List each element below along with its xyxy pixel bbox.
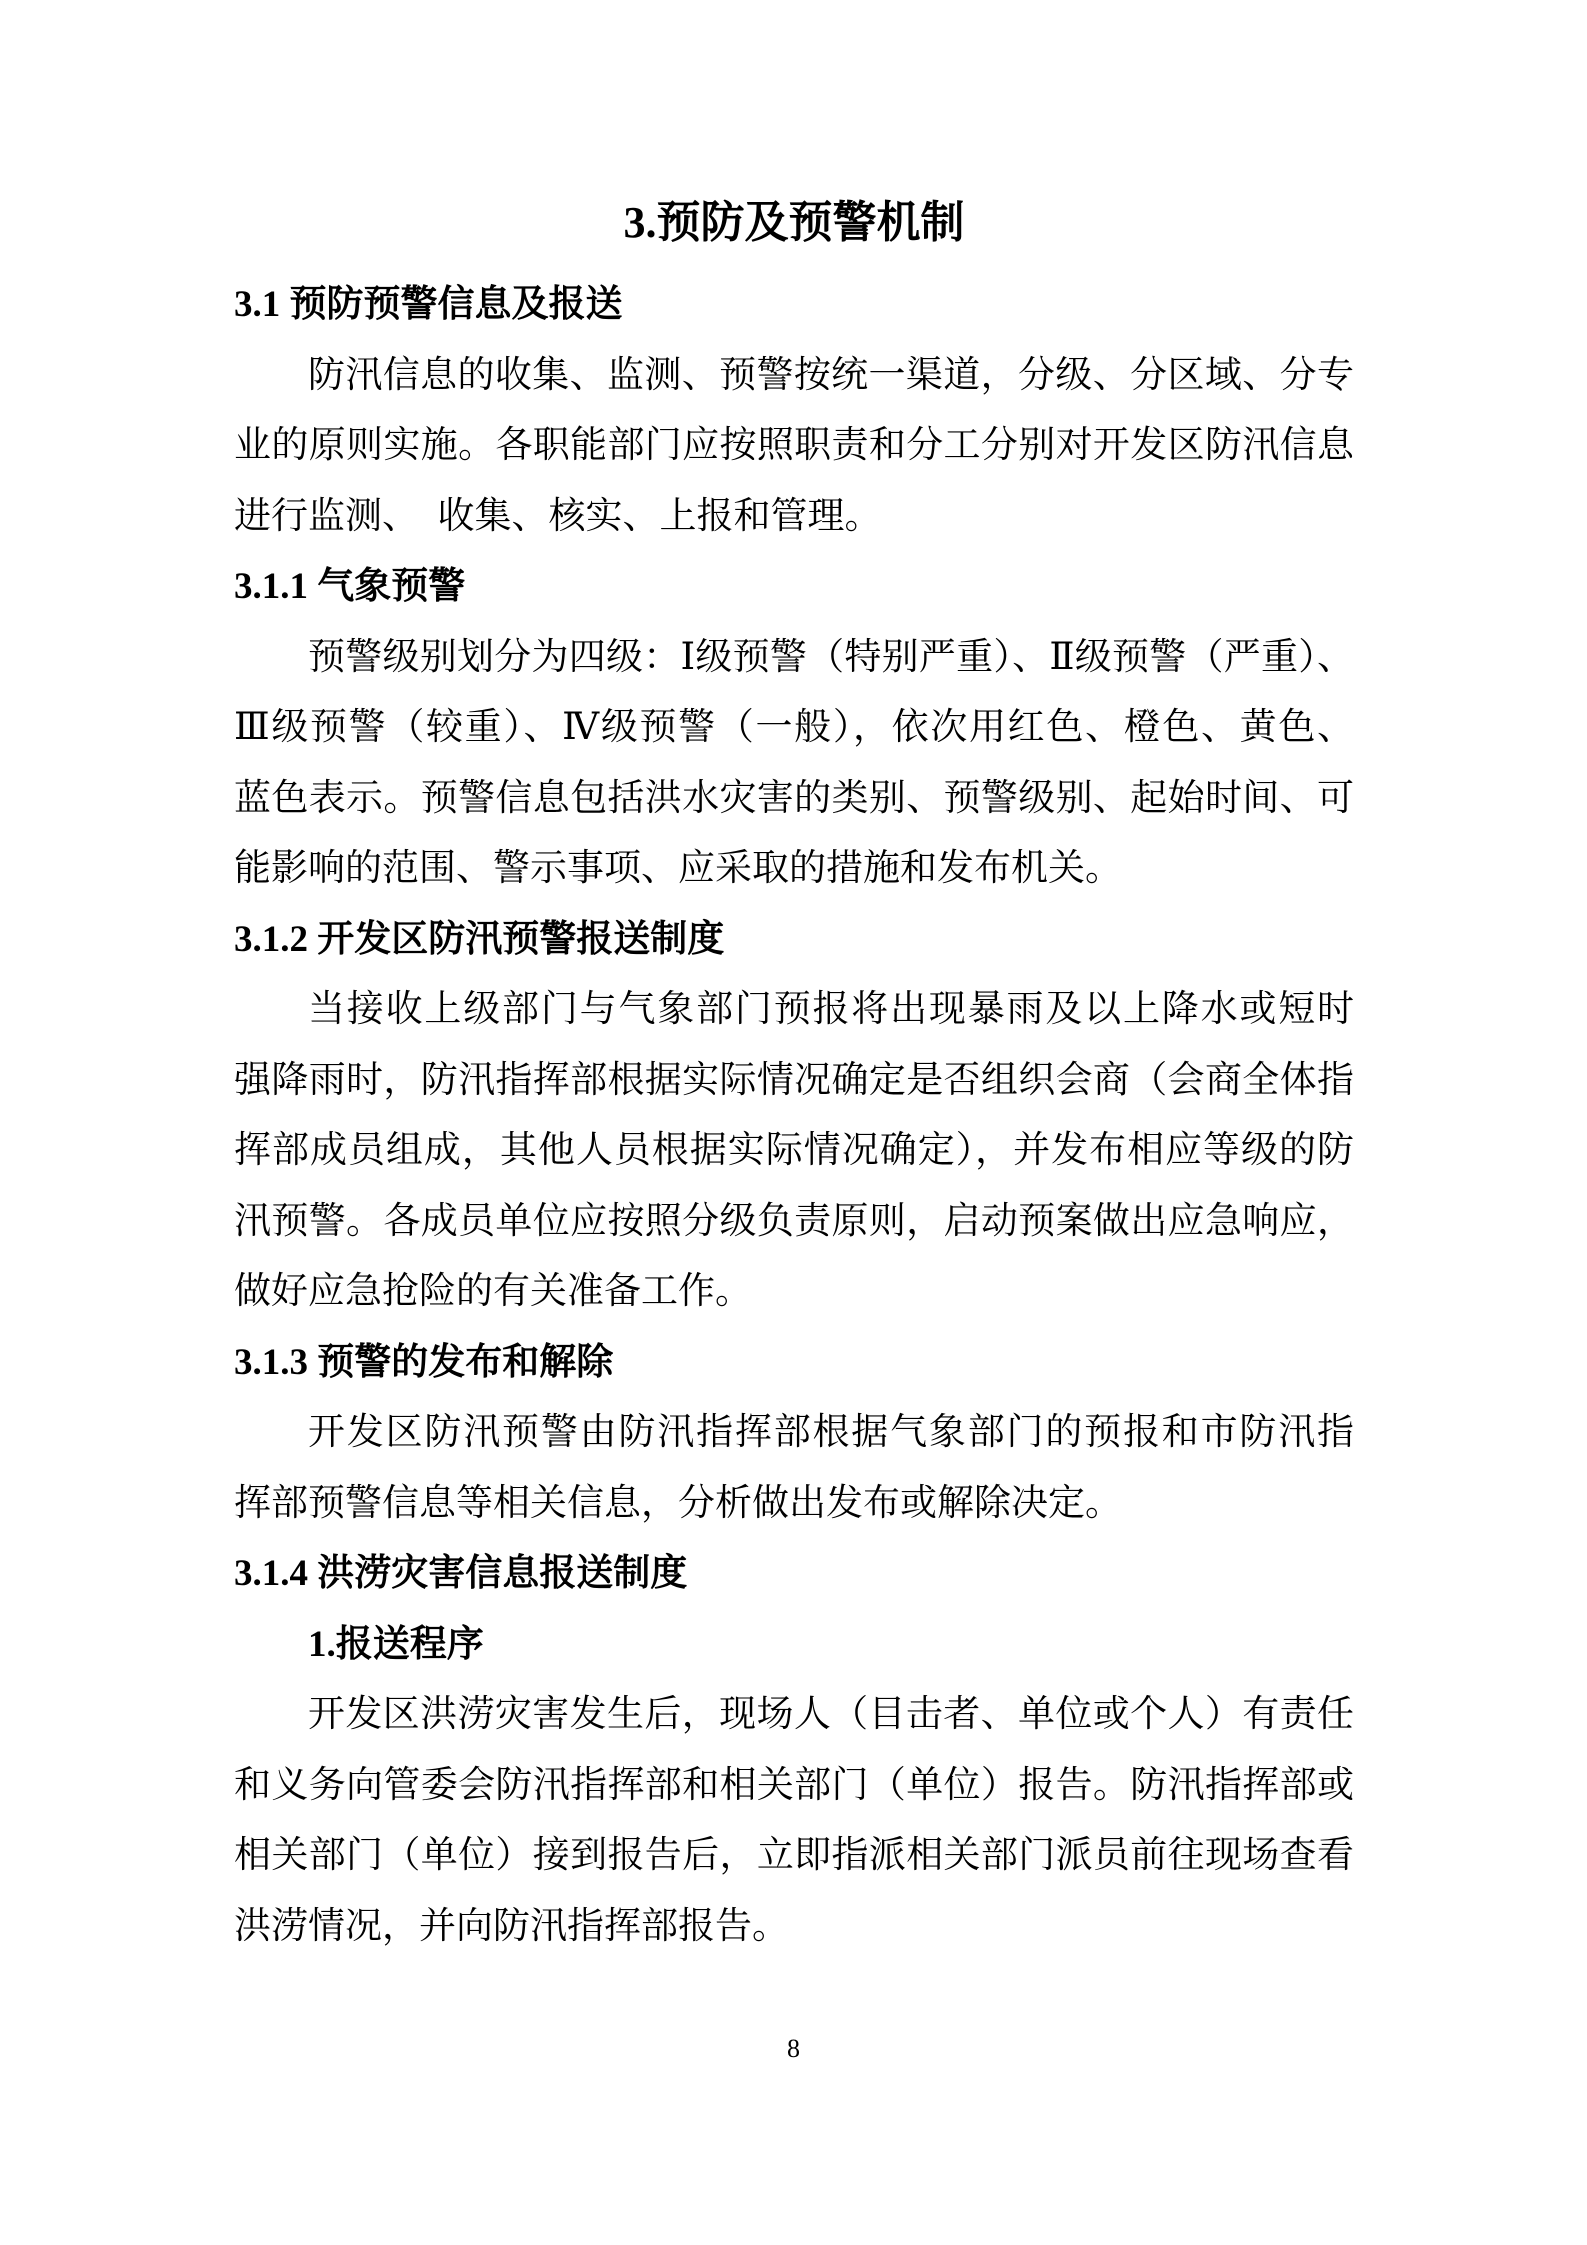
document-content: 3.预防及预警机制3.1 预防预警信息及报送防汛信息的收集、监测、预警按统一渠道… [234,182,1354,1962]
text-line: 相关部门（单位）接到报告后，立即指派相关部门派员前往现场查看 [234,1821,1354,1892]
sub-heading: 1.报送程序 [234,1610,1354,1681]
text-line: 业的原则实施。各职能部门应按照职责和分工分别对开发区防汛信息 [234,411,1354,482]
text-line: 挥部成员组成，其他人员根据实际情况确定），并发布相应等级的防 [234,1116,1354,1187]
page-number: 8 [0,2032,1587,2066]
section-heading: 3.1.4 洪涝灾害信息报送制度 [234,1539,1354,1610]
document-title: 3.预防及预警机制 [234,182,1354,264]
text-line: 进行监测、 收集、核实、上报和管理。 [234,482,1354,553]
text-line: 开发区防汛预警由防汛指挥部根据气象部门的预报和市防汛指 [234,1398,1354,1469]
section-heading: 3.1.2 开发区防汛预警报送制度 [234,905,1354,976]
text-line: Ⅲ级预警（较重）、Ⅳ级预警（一般），依次用红色、橙色、黄色、 [234,693,1354,764]
text-line: 洪涝情况，并向防汛指挥部报告。 [234,1892,1354,1963]
text-line: 强降雨时，防汛指挥部根据实际情况确定是否组织会商（会商全体指 [234,1046,1354,1117]
section-heading: 3.1 预防预警信息及报送 [234,270,1354,341]
section-heading: 3.1.1 气象预警 [234,552,1354,623]
text-line: 开发区洪涝灾害发生后，现场人（目击者、单位或个人）有责任 [234,1680,1354,1751]
text-line: 蓝色表示。预警信息包括洪水灾害的类别、预警级别、起始时间、可 [234,764,1354,835]
document-page: 3.预防及预警机制3.1 预防预警信息及报送防汛信息的收集、监测、预警按统一渠道… [0,0,1587,2245]
text-line: 防汛信息的收集、监测、预警按统一渠道，分级、分区域、分专 [234,341,1354,412]
text-line: 预警级别划分为四级：Ⅰ级预警（特别严重）、Ⅱ级预警（严重）、 [234,623,1354,694]
text-line: 汛预警。各成员单位应按照分级负责原则，启动预案做出应急响应， [234,1187,1354,1258]
text-line: 当接收上级部门与气象部门预报将出现暴雨及以上降水或短时 [234,975,1354,1046]
text-line: 和义务向管委会防汛指挥部和相关部门（单位）报告。防汛指挥部或 [234,1751,1354,1822]
section-heading: 3.1.3 预警的发布和解除 [234,1328,1354,1399]
text-line: 能影响的范围、警示事项、应采取的措施和发布机关。 [234,834,1354,905]
text-line: 做好应急抢险的有关准备工作。 [234,1257,1354,1328]
text-line: 挥部预警信息等相关信息，分析做出发布或解除决定。 [234,1469,1354,1540]
